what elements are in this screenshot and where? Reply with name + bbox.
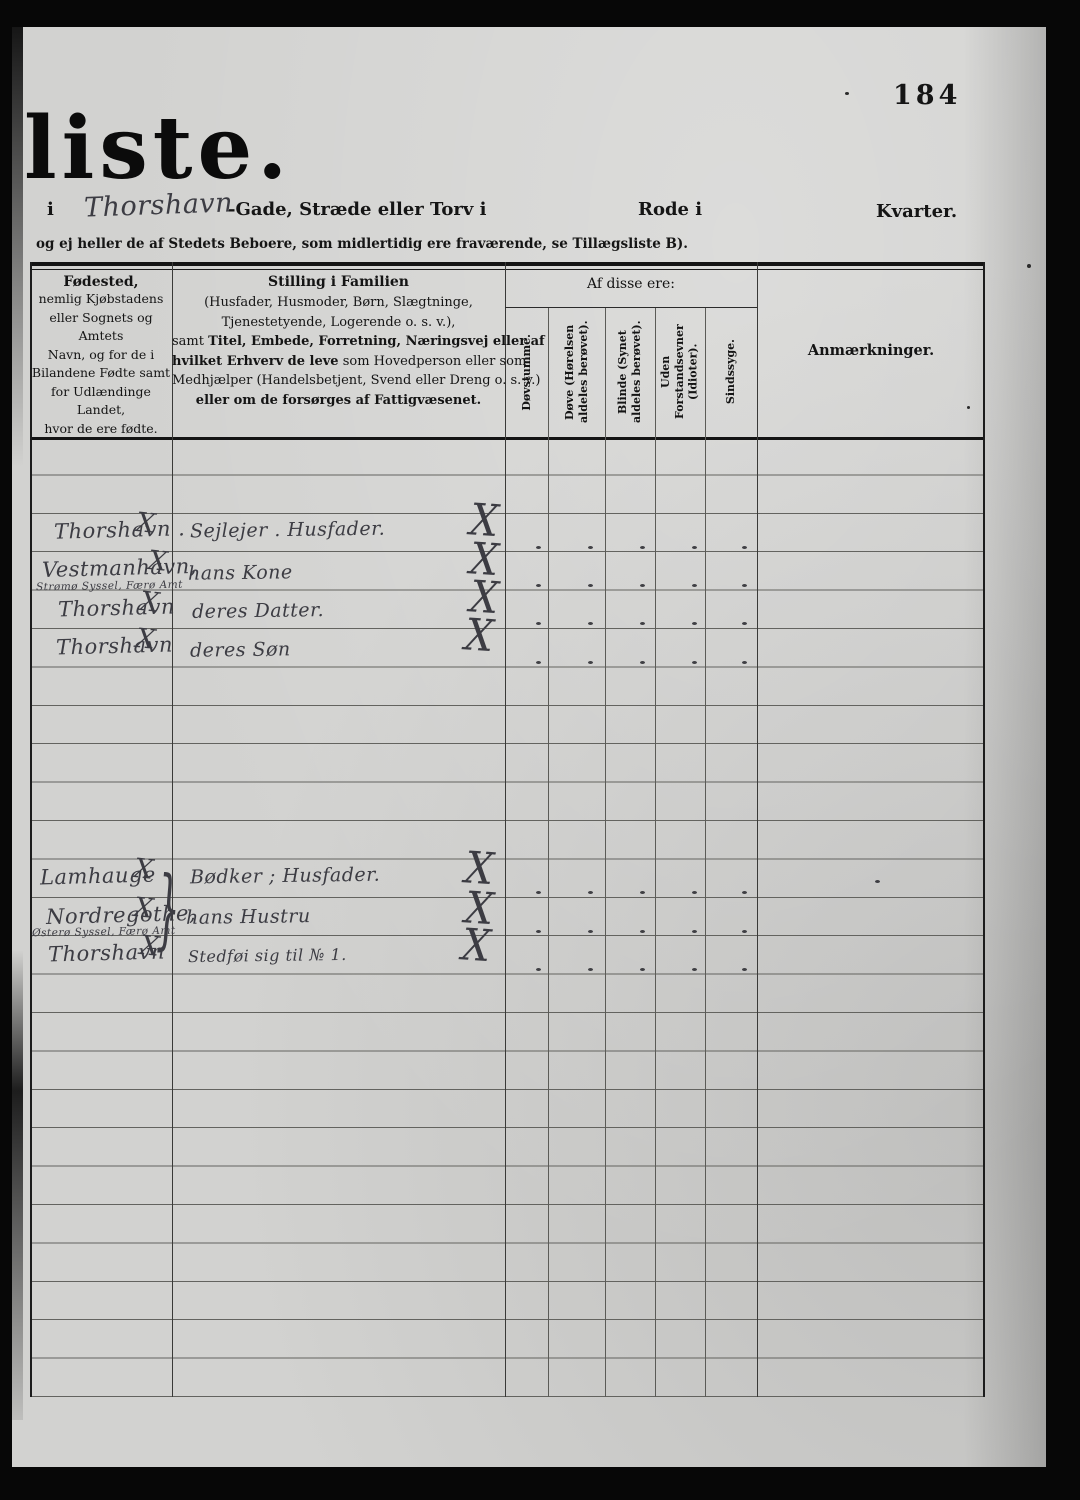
header-birthplace: Fødested, nemlig Kjøbstadens eller Sogne…	[30, 262, 172, 437]
header-deafmute: Døvstumme.	[505, 307, 548, 437]
tally-dot	[742, 584, 747, 587]
tally-dot	[588, 968, 593, 971]
tally-dot	[536, 546, 541, 549]
tally-dot	[692, 891, 697, 894]
position-line5: Medhjælper (Handelsbetjent, Svend eller …	[172, 371, 505, 391]
header-insane: Sindssyge.	[705, 307, 757, 437]
tally-dot	[692, 661, 697, 664]
tally-dot	[588, 622, 593, 625]
kvarter-label: Kvarter.	[876, 201, 957, 222]
tally-dot	[588, 584, 593, 587]
tally-dot	[588, 891, 593, 894]
entry-stilling: deres Datter.	[192, 599, 324, 623]
tally-dot	[742, 622, 747, 625]
rode-label: Rode i	[638, 199, 702, 220]
position-line4: hvilket Erhverv de leve som Hovedperson …	[172, 352, 505, 372]
position-line4-normal: som Hovedperson eller som	[339, 354, 527, 369]
handwritten-x-mark: X	[138, 586, 161, 619]
handwritten-x-mark: X	[463, 610, 495, 662]
tally-dot	[875, 880, 880, 883]
tally-dot	[640, 930, 645, 933]
position-line3-bold: Titel, Embede, Forretning, Næringsvej el…	[208, 334, 545, 349]
handwritten-x-mark: X	[132, 853, 155, 886]
handwritten-x-mark: X	[134, 623, 157, 656]
tally-dot	[692, 584, 697, 587]
header-position: Stilling i Familien (Husfader, Husmoder,…	[172, 262, 505, 437]
blind-label: Blinde (Synet aldeles berøvet).	[616, 310, 644, 434]
entry-stilling: hans Hustru	[186, 905, 311, 929]
col-divider-deaf	[548, 307, 549, 1397]
tally-dot	[692, 968, 697, 971]
tally-dot	[742, 930, 747, 933]
gade-label: -Gade, Stræde eller Torv i	[228, 199, 486, 220]
handwritten-x-mark: X	[132, 892, 155, 925]
tally-dot	[640, 546, 645, 549]
tally-dot	[742, 968, 747, 971]
table-right-border	[983, 262, 985, 1397]
col-divider-insane	[705, 307, 706, 1397]
col-divider-blind	[605, 307, 606, 1397]
tally-dot	[536, 661, 541, 664]
page-title: liste.	[24, 98, 292, 199]
header-deaf: Døve (Hørelsen aldeles berøvet).	[548, 307, 605, 437]
position-line4-bold: hvilket Erhverv de leve	[172, 354, 339, 369]
scan-left-shadow-lower	[12, 950, 23, 1420]
remarks-header: Anmærkninger.	[757, 342, 985, 359]
tally-dot	[742, 891, 747, 894]
tally-dot	[536, 584, 541, 587]
col-divider-idiot	[655, 307, 656, 1397]
col-divider-remarks	[757, 262, 758, 1397]
note-line: og ej heller de af Stedets Beboere, som …	[36, 236, 688, 252]
handwritten-x-mark: X	[134, 507, 157, 540]
position-title: Stilling i Familien	[172, 274, 505, 290]
tally-dot	[536, 891, 541, 894]
tally-dot	[640, 661, 645, 664]
census-table: Fødested, nemlig Kjøbstadens eller Sogne…	[30, 262, 985, 1397]
position-line3: samt Titel, Embede, Forretning, Næringsv…	[172, 332, 505, 352]
tally-dot	[536, 968, 541, 971]
tally-dot	[692, 622, 697, 625]
entry-stilling: deres Søn	[190, 638, 291, 661]
tally-dot	[588, 661, 593, 664]
ink-speck	[1027, 264, 1031, 268]
tally-dot	[692, 546, 697, 549]
position-line3-normal: samt	[172, 334, 208, 349]
tally-dot	[692, 930, 697, 933]
header-idiot: Uden Forstandsevner (Idioter).	[655, 307, 705, 437]
tally-dot	[640, 584, 645, 587]
entry-stilling: Sejlejer . Husfader.	[190, 518, 385, 543]
entry-stilling: Stedføi sig til № 1.	[188, 945, 347, 966]
street-prefix-label: i	[47, 199, 54, 220]
tally-dot	[536, 930, 541, 933]
idiot-label: Uden Forstandsevner (Idioter).	[659, 310, 700, 434]
header-blind: Blinde (Synet aldeles berøvet).	[605, 307, 655, 437]
entry-stilling: Bødker ; Husfader.	[190, 864, 381, 889]
deafmute-label: Døvstumme.	[520, 334, 534, 411]
entry-birthplace: Vestmanhavn,	[42, 554, 198, 582]
tally-dot	[640, 622, 645, 625]
tally-dot	[742, 546, 747, 549]
tally-dot	[588, 930, 593, 933]
scan-left-shadow	[12, 27, 23, 467]
insane-label: Sindssyge.	[724, 339, 738, 404]
scanned-census-page: { "page": { "number": "184", "title_frag…	[0, 0, 1080, 1500]
tally-dot	[588, 546, 593, 549]
birthplace-subtext: nemlig Kjøbstadens eller Sognets og Amte…	[30, 290, 172, 438]
handwritten-x-mark: X	[138, 930, 161, 963]
position-line6: eller om de forsørges af Fattigvæsenet.	[172, 391, 505, 411]
tally-dot	[640, 891, 645, 894]
position-line1: (Husfader, Husmoder, Børn, Slægtninge,	[172, 293, 505, 313]
handwritten-x-mark: X	[460, 920, 492, 972]
deaf-label: Døve (Hørelsen aldeles berøvet).	[563, 310, 591, 434]
entry-birthplace: Thorshavn .	[54, 516, 186, 543]
entry-stilling: hans Kone	[188, 561, 293, 584]
handwritten-x-mark: X	[146, 545, 169, 578]
ink-speck	[845, 92, 849, 95]
position-line2: Tjenestetyende, Logerende o. s. v.),	[172, 313, 505, 333]
tally-dot	[536, 622, 541, 625]
tally-dot	[742, 661, 747, 664]
tally-dot	[640, 968, 645, 971]
afdisse-title: Af disse ere:	[505, 276, 757, 292]
birthplace-title: Fødested,	[30, 274, 172, 290]
street-name-handwritten: Thorshavn	[84, 187, 234, 223]
page-number: 184	[893, 80, 961, 111]
